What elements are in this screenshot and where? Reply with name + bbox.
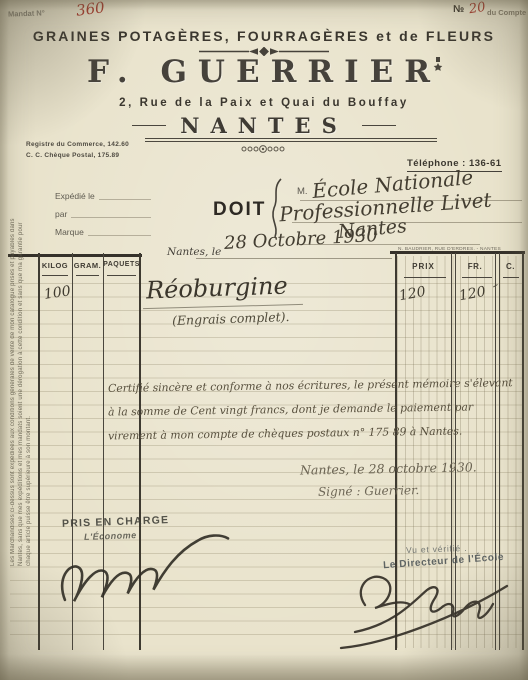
table-top-border-right (390, 251, 525, 254)
margin-note-line2: Nantes, sans que mes expéditions et mes … (17, 254, 25, 566)
col-header-gram: GRAM. (72, 261, 103, 270)
date-line (196, 258, 392, 259)
margin-note-line1: Les Marchandises ci-dessus sont expédiée… (9, 254, 17, 566)
col-header-kilog: KILOG (38, 261, 72, 270)
expedie-line (99, 199, 151, 200)
company-name: F. GUERRIER (0, 54, 528, 90)
col-underline (76, 275, 99, 276)
col-underline (503, 277, 519, 278)
city-row: NANTES (0, 113, 528, 138)
mandat-number-handwritten: 360 (75, 0, 106, 20)
marque-label: Marque (55, 227, 84, 237)
row-description: Réoburgine (146, 272, 289, 305)
col-underline (404, 277, 446, 278)
marque-line (88, 235, 151, 236)
certificate-date-line: Nantes, le 28 octobre 1930. (300, 459, 477, 477)
compte-label: du Compte (487, 8, 526, 17)
registre-commerce: Registre du Commerce, 142.60 (26, 141, 129, 148)
compte-number-icon: № (453, 4, 464, 15)
city-name: NANTES (180, 113, 347, 138)
col-header-fr: FR. (455, 262, 495, 271)
col-header-paquets: PAQUETS (103, 261, 140, 268)
margin-note-line3: chaque article puisse être supérieure à … (25, 254, 33, 566)
chain-ornament (240, 144, 286, 154)
double-rule (145, 138, 437, 142)
client-prefix: M. (297, 186, 308, 197)
table-vline (522, 253, 524, 650)
expedie-label: Expédié le (55, 191, 95, 201)
econome-signature (48, 532, 248, 607)
margin-conditions-note: Les Marchandises ci-dessus sont expédiée… (9, 254, 33, 566)
verify-stamp-line1: Vu et vérifié . (406, 543, 468, 555)
par-label: par (55, 209, 67, 219)
city-left-dash (132, 125, 166, 127)
medal-icon (433, 57, 443, 73)
company-address: 2, Rue de la Paix et Quai du Bouffay (0, 97, 528, 109)
invoice-document: Mandat N° 360 № 20 du Compte GRAINES POT… (0, 0, 528, 680)
director-signature (335, 560, 515, 655)
certificate-signed-line: Signé : Guerrier. (318, 483, 420, 499)
col-underline (42, 275, 68, 276)
col-underline (462, 277, 492, 278)
doit-label: DOIT (213, 199, 266, 221)
cheque-postal: C. C. Chèque Postal, 175.89 (26, 152, 119, 159)
compte-number-handwritten: 20 (468, 0, 487, 17)
col-underline (107, 275, 136, 276)
trade-line: GRAINES POTAGÈRES, FOURRAGÈRES et de FLE… (0, 28, 528, 44)
date-handwritten: 28 Octobre 1930 (224, 225, 379, 254)
col-header-prix: PRIX (396, 262, 451, 271)
date-label: Nantes, le (167, 246, 221, 258)
city-right-dash (362, 125, 396, 127)
col-header-c: C. (499, 262, 522, 271)
par-line (71, 217, 151, 218)
table-vline (38, 253, 40, 650)
mandat-label: Mandat N° (8, 8, 45, 18)
